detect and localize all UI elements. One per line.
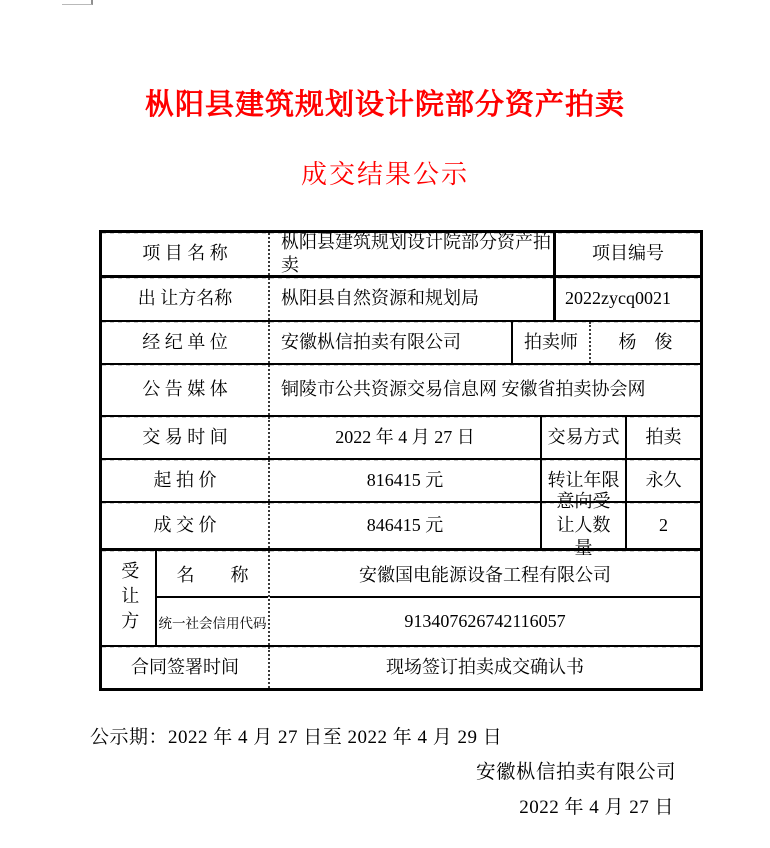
agency-label: 经 纪 单 位: [102, 322, 270, 363]
document-title: 枞阳县建筑规划设计院部分资产拍卖: [0, 86, 770, 124]
start-price-value: 816415 元: [270, 460, 542, 501]
contract-value: 现场签订拍卖成交确认书: [270, 647, 700, 688]
signature-date: 2022 年 4 月 27 日: [519, 792, 674, 819]
table-row-deal-price: 成 交 价 846415 元 意向受让人数量 2: [102, 503, 700, 551]
transferee-name-label: 名 称: [157, 551, 268, 598]
media-value: 铜陵市公共资源交易信息网 安徽省拍卖协会网: [270, 365, 700, 415]
intent-count-value: 2: [627, 503, 700, 548]
auctioneer-label: 拍卖师: [513, 322, 591, 363]
auction-result-table: 项 目 名 称 枞阳县建筑规划设计院部分资产拍卖 项目编号 出 让方名称 枞阳县…: [99, 230, 703, 691]
table-row-agency: 经 纪 单 位 安徽枞信拍卖有限公司 拍卖师 杨 俊: [102, 322, 700, 365]
contract-label: 合同签署时间: [102, 647, 270, 688]
transferee-group-label: 受让方: [102, 551, 157, 645]
agency-value: 安徽枞信拍卖有限公司: [270, 322, 513, 363]
table-row-transferor: 出 让方名称 枞阳县自然资源和规划局 2022zycq0021: [102, 278, 700, 322]
table-row-trade-time: 交 易 时 间 2022 年 4 月 27 日 交易方式 拍卖: [102, 417, 700, 460]
publicity-period-text: 公示期：2022 年 4 月 27 日至 2022 年 4 月 29 日: [90, 722, 502, 749]
transferor-label: 出 让方名称: [102, 278, 270, 320]
deal-price-label: 成 交 价: [102, 503, 270, 548]
credit-code-value: 913407626742116057: [270, 598, 700, 645]
media-label: 公 告 媒 体: [102, 365, 270, 415]
project-code-value: 2022zycq0021: [556, 278, 700, 320]
table-row-media: 公 告 媒 体 铜陵市公共资源交易信息网 安徽省拍卖协会网: [102, 365, 700, 417]
trade-time-label: 交 易 时 间: [102, 417, 270, 458]
term-value: 永久: [627, 460, 700, 501]
document-page: 枞阳县建筑规划设计院部分资产拍卖 成交结果公示 项 目 名 称 枞阳县建筑规划设…: [0, 0, 770, 848]
trade-mode-label: 交易方式: [542, 417, 627, 458]
table-row-contract: 合同签署时间 现场签订拍卖成交确认书: [102, 647, 700, 688]
signature-company: 安徽枞信拍卖有限公司: [476, 756, 676, 784]
intent-count-label: 意向受让人数量: [542, 503, 627, 548]
trade-time-value: 2022 年 4 月 27 日: [270, 417, 542, 458]
trade-mode-value: 拍卖: [627, 417, 700, 458]
auctioneer-name: 杨 俊: [591, 322, 700, 363]
transferee-name-value: 安徽国电能源设备工程有限公司: [270, 551, 700, 598]
cropped-window-fragment: [62, 0, 93, 5]
project-code-label: 项目编号: [556, 233, 700, 275]
transferee-subvalues: 安徽国电能源设备工程有限公司 913407626742116057: [270, 551, 700, 645]
transferor-value: 枞阳县自然资源和规划局: [270, 278, 556, 320]
project-name-value: 枞阳县建筑规划设计院部分资产拍卖: [270, 233, 556, 275]
credit-code-label: 统一社会信用代码: [157, 598, 268, 645]
project-name-label: 项 目 名 称: [102, 233, 270, 275]
start-price-label: 起 拍 价: [102, 460, 270, 501]
document-subtitle: 成交结果公示: [0, 158, 770, 192]
table-row-transferee: 受让方 名 称 统一社会信用代码 安徽国电能源设备工程有限公司 91340762…: [102, 551, 700, 647]
transferee-group-label-text: 受让方: [117, 561, 140, 636]
transferee-sublabels: 名 称 统一社会信用代码: [157, 551, 270, 645]
table-row-project: 项 目 名 称 枞阳县建筑规划设计院部分资产拍卖 项目编号: [102, 233, 700, 278]
deal-price-value: 846415 元: [270, 503, 542, 548]
